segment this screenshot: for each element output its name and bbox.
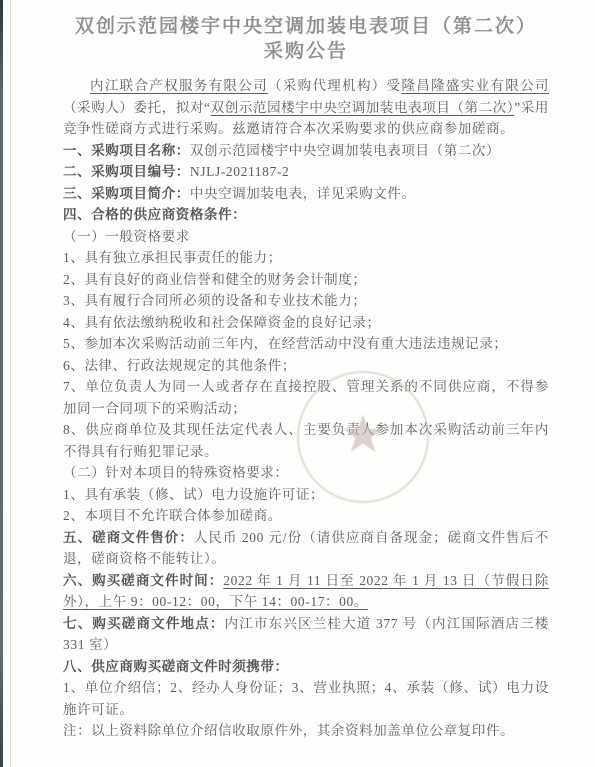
intro-paragraph: 内江联合产权服务有限公司（采购代理机构）受隆昌隆盛实业有限公司（采购人）委托，拟… bbox=[63, 75, 549, 140]
section-supplier-qualifications: 四、合格的供应商资格条件： bbox=[63, 204, 549, 226]
section-8-label: 八、供应商购买磋商文件时须携带： bbox=[63, 659, 289, 674]
buyer-name: 隆昌隆盛实业有限公司 bbox=[401, 78, 549, 93]
section-7-label: 七、购买磋商文件地点： bbox=[63, 616, 225, 631]
documents-to-bring-list: 1、单位介绍信；2、经办人身份证；3、营业执照；4、承装（修、试）电力设施许可证… bbox=[63, 677, 549, 720]
note-line: 注：以上资料除单位介绍信收取原件外，其余资料加盖单位公章复印件。 bbox=[63, 720, 549, 742]
general-requirement-item: 3、具有履行合同所必须的设备和专业技术能力； bbox=[63, 290, 549, 312]
section-purchase-place: 七、购买磋商文件地点：内江市东兴区兰桂大道 377 号（内江国际酒店三楼 331… bbox=[63, 613, 549, 656]
general-requirement-item: 2、具有良好的商业信誉和健全的财务会计制度； bbox=[63, 269, 549, 291]
project-name: 双创示范园楼宇中央空调加装电表项目（第二次） bbox=[211, 100, 515, 115]
special-requirement-item: 2、本项目不允许联合体参加磋商。 bbox=[63, 505, 549, 527]
special-requirements-heading: （二）针对本项目的特殊资格要求： bbox=[63, 462, 549, 484]
section-project-number: 二、采购项目编号：NJLJ-2021187-2 bbox=[63, 161, 549, 183]
section-document-price: 五、磋商文件售价：人民币 200 元/份（请供应商自备现金；磋商文件售后不退，磋… bbox=[63, 527, 549, 570]
section-5-label: 五、磋商文件售价： bbox=[63, 530, 194, 545]
section-1-value: 双创示范园楼宇中央空调加装电表项目（第二次） bbox=[190, 143, 500, 158]
document-title: 双创示范园楼宇中央空调加装电表项目（第二次） 采购公告 bbox=[63, 14, 549, 64]
general-requirement-item: 6、法律、行政法规规定的其他条件； bbox=[63, 355, 549, 377]
section-documents-to-bring: 八、供应商购买磋商文件时须携带： bbox=[63, 656, 549, 678]
section-2-label: 二、采购项目编号： bbox=[63, 164, 190, 179]
general-requirements-heading: （一）一般资格要求 bbox=[63, 226, 549, 248]
title-line-1: 双创示范园楼宇中央空调加装电表项目（第二次） bbox=[63, 14, 549, 39]
section-project-name: 一、采购项目名称：双创示范园楼宇中央空调加装电表项目（第二次） bbox=[63, 140, 549, 162]
section-project-brief: 三、采购项目简介：中央空调加装电表，详见采购文件。 bbox=[63, 183, 549, 205]
scanned-procurement-announcement: 双创示范园楼宇中央空调加装电表项目（第二次） 采购公告 内江联合产权服务有限公司… bbox=[0, 0, 595, 767]
scan-page-shadow bbox=[10, 0, 11, 767]
section-3-label: 三、采购项目简介： bbox=[63, 186, 190, 201]
general-requirement-item: 4、具有依法缴纳税收和社会保障资金的良好记录； bbox=[63, 312, 549, 334]
document-body: 双创示范园楼宇中央空调加装电表项目（第二次） 采购公告 内江联合产权服务有限公司… bbox=[63, 14, 549, 742]
general-requirement-item: 8、供应商单位及其现任法定代表人、主要负责人参加本次采购活动前三年内不得具有行贿… bbox=[63, 419, 549, 462]
section-purchase-time: 六、购买磋商文件时间：2022 年 1 月 11 日至 2022 年 1 月 1… bbox=[63, 570, 549, 613]
intro-seg-1: （采购代理机构）受 bbox=[268, 78, 401, 93]
section-3-value: 中央空调加装电表，详见采购文件。 bbox=[190, 186, 416, 201]
intro-seg-2: （采购人）委托，拟对“ bbox=[63, 100, 211, 115]
general-requirement-item: 1、具有独立承担民事责任的能力； bbox=[63, 247, 549, 269]
section-4-label: 四、合格的供应商资格条件： bbox=[63, 207, 246, 222]
section-2-value: NJLJ-2021187-2 bbox=[190, 164, 289, 179]
agency-name: 内江联合产权服务有限公司 bbox=[90, 78, 268, 93]
scan-left-edge bbox=[0, 0, 3, 767]
special-requirement-item: 1、具有承装（修、试）电力设施许可证； bbox=[63, 484, 549, 506]
section-1-label: 一、采购项目名称： bbox=[63, 143, 190, 158]
general-requirement-item: 7、单位负责人为同一人或者存在直接控股、管理关系的不同供应商，不得参加同一合同项… bbox=[63, 376, 549, 419]
general-requirement-item: 5、参加本次采购活动前三年内，在经营活动中没有重大违法违规记录； bbox=[63, 333, 549, 355]
title-line-2: 采购公告 bbox=[63, 39, 549, 64]
section-6-label: 六、购买磋商文件时间： bbox=[63, 573, 223, 588]
